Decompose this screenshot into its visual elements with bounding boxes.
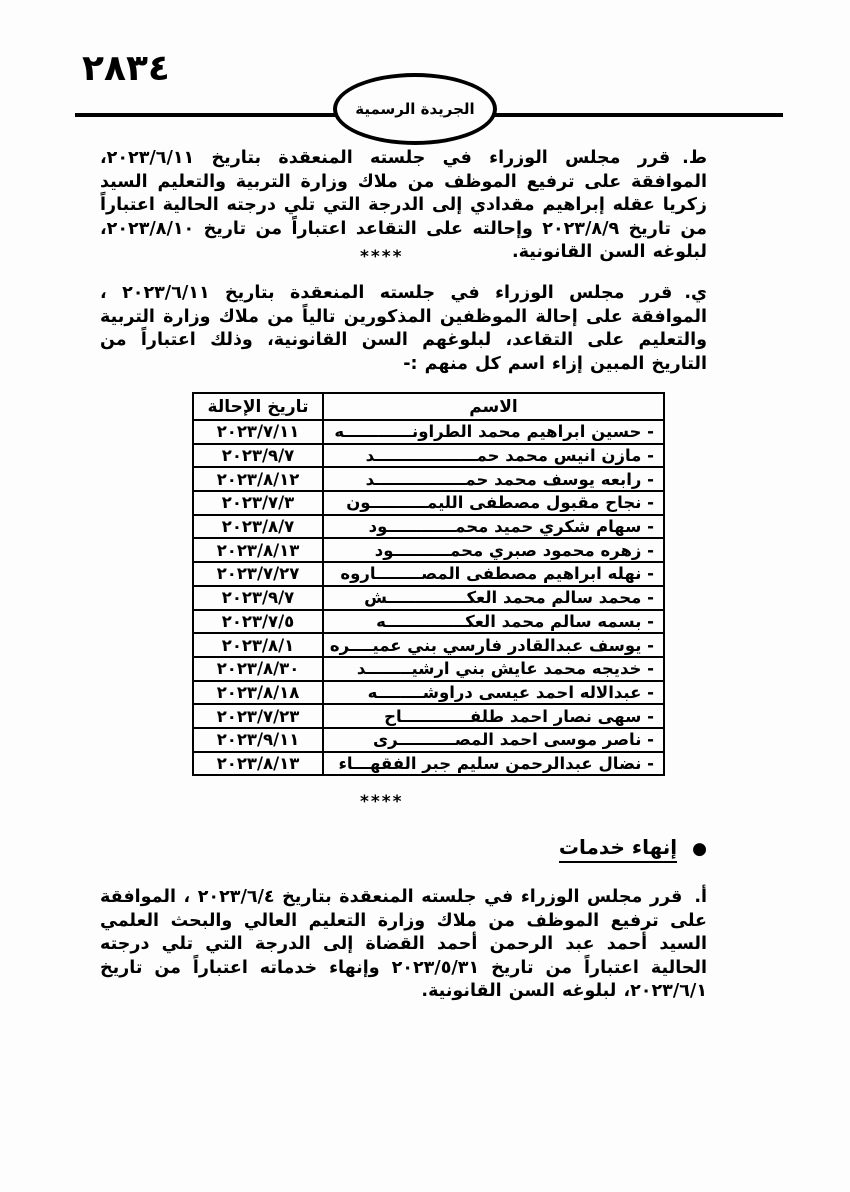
table-row: - محمد سالم محمد العكــــــــــــــش٢٠٢٣… (193, 586, 664, 610)
referral-date: ٢٠٢٣/٨/١٢ (193, 467, 323, 491)
employee-name: - رابعه يوسف محمد حمــــــــــــــــد (323, 467, 664, 491)
stars-separator-1: **** (360, 247, 404, 267)
employee-name: - عبدالاله احمد عيسى دراوشــــــــه (323, 681, 664, 705)
employee-name: - نضال عبدالرحمن سليم جبر الفقهـــاء (323, 752, 664, 776)
employee-name: - سهام شكري حميد محمــــــــــــود (323, 515, 664, 539)
referral-date: ٢٠٢٣/٨/١٨ (193, 681, 323, 705)
table-row: - سهى نصار احمد طلفــــــــــــاح٢٠٢٣/٧/… (193, 704, 664, 728)
referral-date: ٢٠٢٣/٩/٧ (193, 586, 323, 610)
paragraph-text-ya: قرر مجلس الوزراء في جلسته المنعقدة بتاري… (100, 283, 707, 374)
referral-date: ٢٠٢٣/٩/١١ (193, 728, 323, 752)
termination-heading-text: إنهاء خدمات (559, 835, 677, 863)
table-row: - ناصر موسى احمد المصــــــــــرى٢٠٢٣/٩/… (193, 728, 664, 752)
table-row: - حسين ابراهيم محمد الطراونــــــــــــه… (193, 420, 664, 444)
employee-name: - ناصر موسى احمد المصــــــــــرى (323, 728, 664, 752)
paragraph-marker-ya: ي. (684, 283, 707, 303)
table-row: - يوسف عبدالقادر فارسي بني عميــــره٢٠٢٣… (193, 633, 664, 657)
employee-name: - محمد سالم محمد العكــــــــــــــش (323, 586, 664, 610)
page-number: ٢٨٣٤ (82, 48, 170, 89)
employee-name: - نهله ابراهيم مصطفى المصــــــــاروه (323, 562, 664, 586)
table-row: - نضال عبدالرحمن سليم جبر الفقهـــاء٢٠٢٣… (193, 752, 664, 776)
table-row: - نهله ابراهيم مصطفى المصــــــــاروه٢٠٢… (193, 562, 664, 586)
employee-name: - يوسف عبدالقادر فارسي بني عميــــره (323, 633, 664, 657)
table-row: - نجاح مقبول مصطفى الليمــــــــــون٢٠٢٣… (193, 491, 664, 515)
referral-date: ٢٠٢٣/٧/٣ (193, 491, 323, 515)
employee-name: - زهره محمود صبري محمــــــــــود (323, 538, 664, 562)
referral-date: ٢٠٢٣/٧/٢٣ (193, 704, 323, 728)
referral-date: ٢٠٢٣/٩/٧ (193, 444, 323, 468)
referral-date: ٢٠٢٣/٧/٥ (193, 610, 323, 634)
paragraph-marker-alef: أ. (694, 887, 707, 907)
employee-name: - خديجه محمد عايش بني ارشيــــــــد (323, 657, 664, 681)
referral-date: ٢٠٢٣/٨/١ (193, 633, 323, 657)
table-header-row: الاسم تاريخ الإحالة (193, 393, 664, 420)
bullet-icon: ● (692, 841, 707, 858)
retirement-table: الاسم تاريخ الإحالة - حسين ابراهيم محمد … (192, 392, 665, 776)
paragraph-text-alef: قرر مجلس الوزراء في جلسته المنعقدة بتاري… (100, 887, 707, 1001)
referral-date: ٢٠٢٣/٨/١٣ (193, 752, 323, 776)
referral-date: ٢٠٢٣/٧/١١ (193, 420, 323, 444)
referral-date: ٢٠٢٣/٨/٧ (193, 515, 323, 539)
gazette-title: الجريدة الرسمية (355, 100, 474, 118)
employee-name: - سهى نصار احمد طلفــــــــــــاح (323, 704, 664, 728)
table-row: - رابعه يوسف محمد حمــــــــــــــــد٢٠٢… (193, 467, 664, 491)
termination-section-heading: ● إنهاء خدمات (559, 835, 707, 863)
decision-paragraph-alef: أ.قرر مجلس الوزراء في جلسته المنعقدة بتا… (100, 886, 707, 1004)
employee-name: - نجاح مقبول مصطفى الليمــــــــــون (323, 491, 664, 515)
gazette-oval-badge: الجريدة الرسمية (333, 73, 497, 145)
table-row: - خديجه محمد عايش بني ارشيــــــــد٢٠٢٣/… (193, 657, 664, 681)
referral-date: ٢٠٢٣/٧/٢٧ (193, 562, 323, 586)
paragraph-text-ta: قرر مجلس الوزراء في جلسته المنعقدة بتاري… (100, 148, 707, 262)
referral-date: ٢٠٢٣/٨/١٣ (193, 538, 323, 562)
table-row: - سهام شكري حميد محمــــــــــــود٢٠٢٣/٨… (193, 515, 664, 539)
table-row: - زهره محمود صبري محمــــــــــود٢٠٢٣/٨/… (193, 538, 664, 562)
employee-name: - حسين ابراهيم محمد الطراونــــــــــــه (323, 420, 664, 444)
decision-paragraph-ya: ي.قرر مجلس الوزراء في جلسته المنعقدة بتا… (100, 282, 707, 376)
stars-separator-2: **** (360, 792, 404, 812)
table-header-date: تاريخ الإحالة (193, 393, 323, 420)
employee-name: - بسمه سالم محمد العكــــــــــــــه (323, 610, 664, 634)
paragraph-marker-ta: ط. (682, 148, 707, 168)
employee-name: - مازن انيس محمد حمــــــــــــــــــد (323, 444, 664, 468)
table-row: - بسمه سالم محمد العكــــــــــــــه٢٠٢٣… (193, 610, 664, 634)
table-row: - عبدالاله احمد عيسى دراوشــــــــه٢٠٢٣/… (193, 681, 664, 705)
table-header-name: الاسم (323, 393, 664, 420)
table-row: - مازن انيس محمد حمــــــــــــــــــد٢٠… (193, 444, 664, 468)
referral-date: ٢٠٢٣/٨/٣٠ (193, 657, 323, 681)
